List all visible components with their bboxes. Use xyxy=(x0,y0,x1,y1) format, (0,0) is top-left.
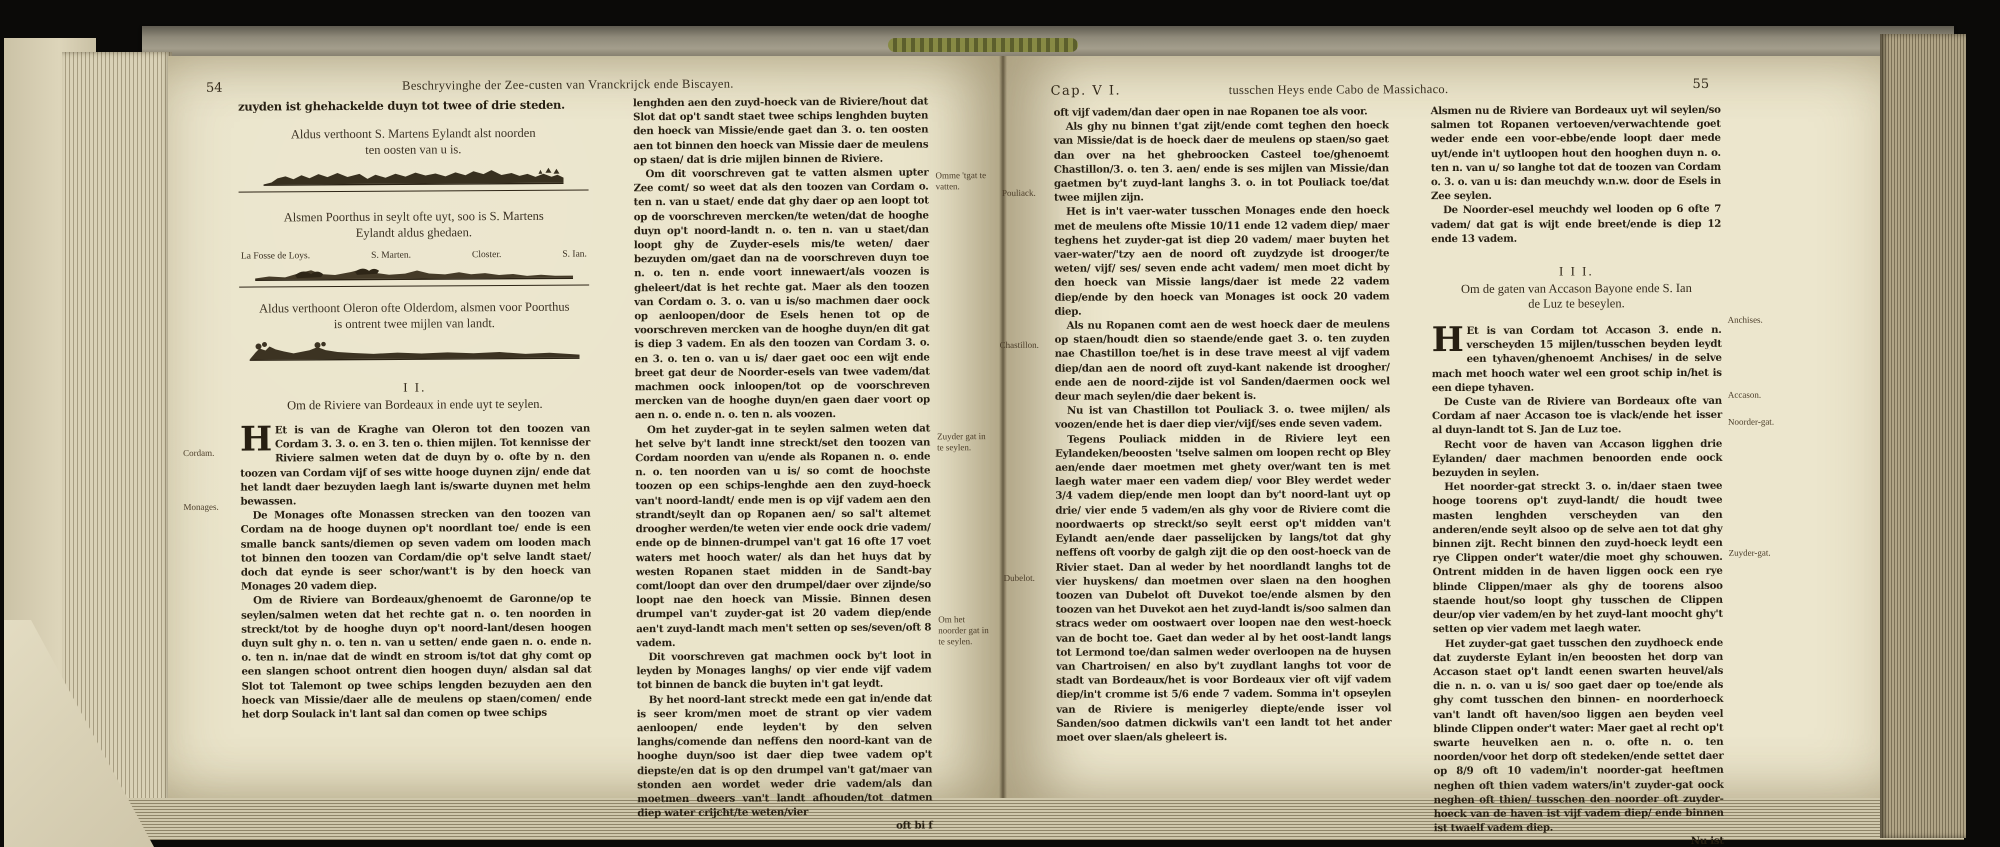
right-column-b-top: Alsmen nu de Riviere van Bordeaux uyt wi… xyxy=(1431,103,1722,246)
paragraph: De Noorder-esel meuchdy wel looden op 6 … xyxy=(1431,202,1721,246)
right-column-a: oft vijf vadem/dan daer open in nae Ropa… xyxy=(1054,104,1392,745)
paragraph: HEt is van Cordam tot Accason 3. ende n.… xyxy=(1432,323,1722,395)
paragraph: Als nu Ropanen comt aen de west hoeck da… xyxy=(1055,317,1390,404)
right-running-title: tusschen Heys ende Cabo de Massichaco. xyxy=(1169,82,1509,98)
drop-cap-h: H xyxy=(1432,324,1467,354)
paragraph: Alsmen nu de Riviere van Bordeaux uyt wi… xyxy=(1431,103,1721,204)
chapter-heading: Cap. V I. xyxy=(1051,83,1122,98)
right-column-b: Alsmen nu de Riviere van Bordeaux uyt wi… xyxy=(1431,103,1724,847)
right-page-number: 55 xyxy=(1692,77,1709,92)
right-page-content: Cap. V I. tusschen Heys ende Cabo de Mas… xyxy=(0,0,2000,847)
book-scan: { "left_page": { "page_number": "54", "r… xyxy=(0,0,2000,847)
paragraph: Als ghy nu binnen t'gat zijt/ende comt t… xyxy=(1054,119,1389,206)
margin-note-pouliack: Pouliack. xyxy=(1002,188,1048,199)
section-iii-title: Om de gaten van Accason Bayone ende S. I… xyxy=(1431,281,1721,312)
margin-note-chastillon: Chastillon. xyxy=(1000,340,1050,351)
paragraph: Recht voor de haven van Accason ligghen … xyxy=(1432,437,1722,481)
paragraph: oft vijf vadem/dan daer open in nae Ropa… xyxy=(1054,104,1389,120)
paragraph: Tegens Pouliack midden in de Riviere ley… xyxy=(1055,431,1391,745)
margin-note-zuyder-gat: Zuyder-gat. xyxy=(1729,548,1787,559)
margin-note-accason: Accason. xyxy=(1728,390,1786,401)
paragraph: Het noorder-gat streckt 3. o. in/daer st… xyxy=(1432,479,1723,636)
paragraph: Nu ist van Chastillon tot Pouliack 3. o.… xyxy=(1055,403,1390,433)
section-iii-number: I I I. xyxy=(1431,263,1721,280)
catchword: Nu ist xyxy=(1434,834,1724,847)
margin-note-noorder-gat: Noorder-gat. xyxy=(1728,417,1786,428)
section-iii-heading: I I I. Om de gaten van Accason Bayone en… xyxy=(1431,263,1721,312)
paragraph: Het is in't vaer-water tusschen Monages … xyxy=(1054,204,1389,319)
right-column-b-bottom: HEt is van Cordam tot Accason 3. ende n.… xyxy=(1432,323,1724,847)
paragraph: Het zuyder-gat gaet tusschen den zuydhoe… xyxy=(1433,635,1724,835)
margin-note-dubelot: Dubelot. xyxy=(1004,573,1050,584)
paragraph: De Custe van de Riviere van Bordeaux oft… xyxy=(1432,394,1722,438)
margin-note-anchises: Anchises. xyxy=(1728,315,1786,326)
